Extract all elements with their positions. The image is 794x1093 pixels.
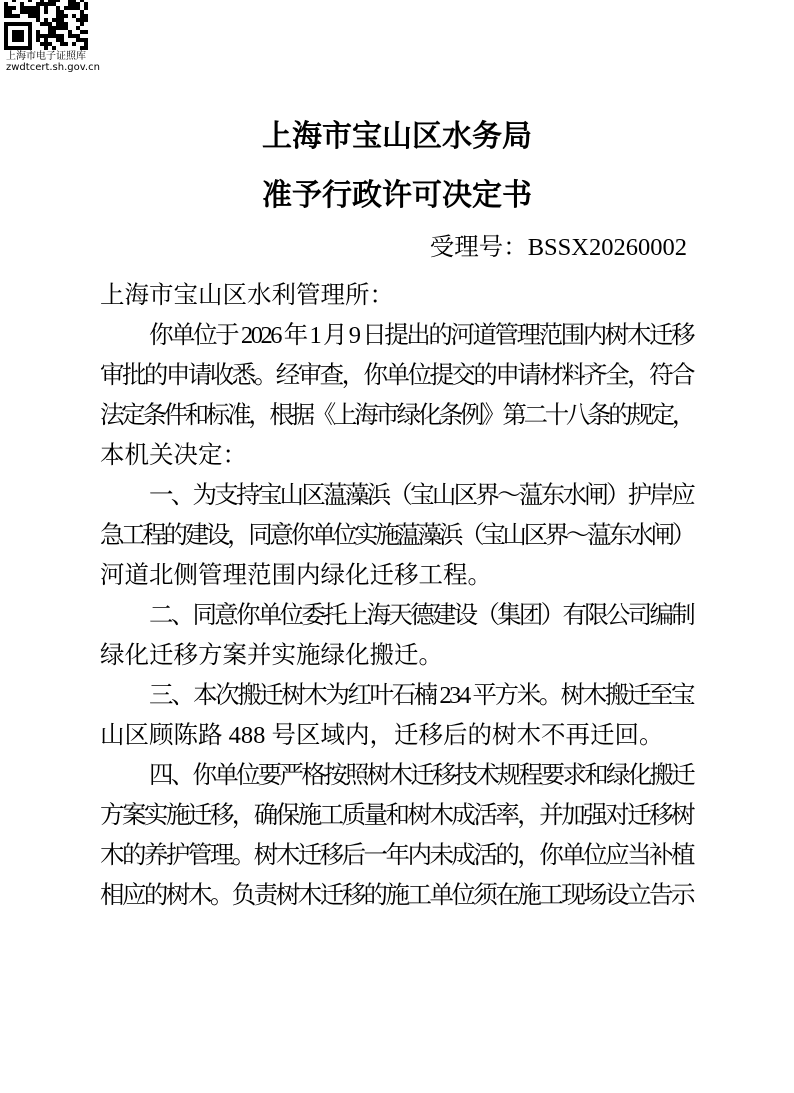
body-line-4: 法定条件和标准，根据《上海市绿化条例》第二十八条的规定， [100, 396, 693, 436]
license-document-page: 上海市电子证照库 zwdtcert.sh.gov.cn 上海市宝山区水务局 准予… [0, 0, 794, 1093]
document-title-type: 准予行政许可决定书 [0, 178, 794, 214]
qr-caption-library: 上海市电子证照库 [6, 51, 90, 62]
body-line-5: 本机关决定： [100, 436, 693, 476]
body-line-15: 木的养护管理。树木迁移后一年内未成活的，你单位应当补植 [100, 836, 693, 876]
body-line-11: 三、本次搬迁树木为红叶石楠 234 平方米。树木搬迁至宝 [100, 676, 693, 716]
body-line-10: 绿化迁移方案并实施绿化搬迁。 [100, 636, 693, 676]
qr-caption-url: zwdtcert.sh.gov.cn [6, 62, 90, 73]
acceptance-number-line: 受理号：BSSX20260002 [430, 233, 687, 263]
document-body: 上海市宝山区水利管理所：你单位于 2026 年 1 月 9 日提出的河道管理范围… [100, 276, 693, 916]
body-line-1: 上海市宝山区水利管理所： [100, 276, 693, 316]
body-line-12: 山区顾陈路 488 号区域内，迁移后的树木不再迁回。 [100, 716, 693, 756]
body-line-2: 你单位于 2026 年 1 月 9 日提出的河道管理范围内树木迁移 [100, 316, 693, 356]
body-line-3: 审批的申请收悉。经审查，你单位提交的申请材料齐全，符合 [100, 356, 693, 396]
body-line-14: 方案实施迁移，确保施工质量和树木成活率，并加强对迁移树 [100, 796, 693, 836]
body-line-6: 一、为支持宝山区蕰藻浜（宝山区界～蕰东水闸）护岸应 [100, 476, 693, 516]
body-line-7: 急工程的建设，同意你单位实施蕰藻浜（宝山区界～蕰东水闸） [100, 516, 693, 556]
qr-block: 上海市电子证照库 zwdtcert.sh.gov.cn [4, 0, 90, 73]
acceptance-number-value: BSSX20260002 [528, 234, 687, 261]
body-line-9: 二、同意你单位委托上海天德建设（集团）有限公司编制 [100, 596, 693, 636]
acceptance-number-label: 受理号： [430, 234, 528, 261]
qr-code-icon [4, 0, 88, 50]
document-title-agency: 上海市宝山区水务局 [0, 119, 794, 155]
body-line-16: 相应的树木。负责树木迁移的施工单位须在施工现场设立告示 [100, 876, 693, 916]
body-line-8: 河道北侧管理范围内绿化迁移工程。 [100, 556, 693, 596]
body-line-13: 四、你单位要严格按照树木迁移技术规程要求和绿化搬迁 [100, 756, 693, 796]
